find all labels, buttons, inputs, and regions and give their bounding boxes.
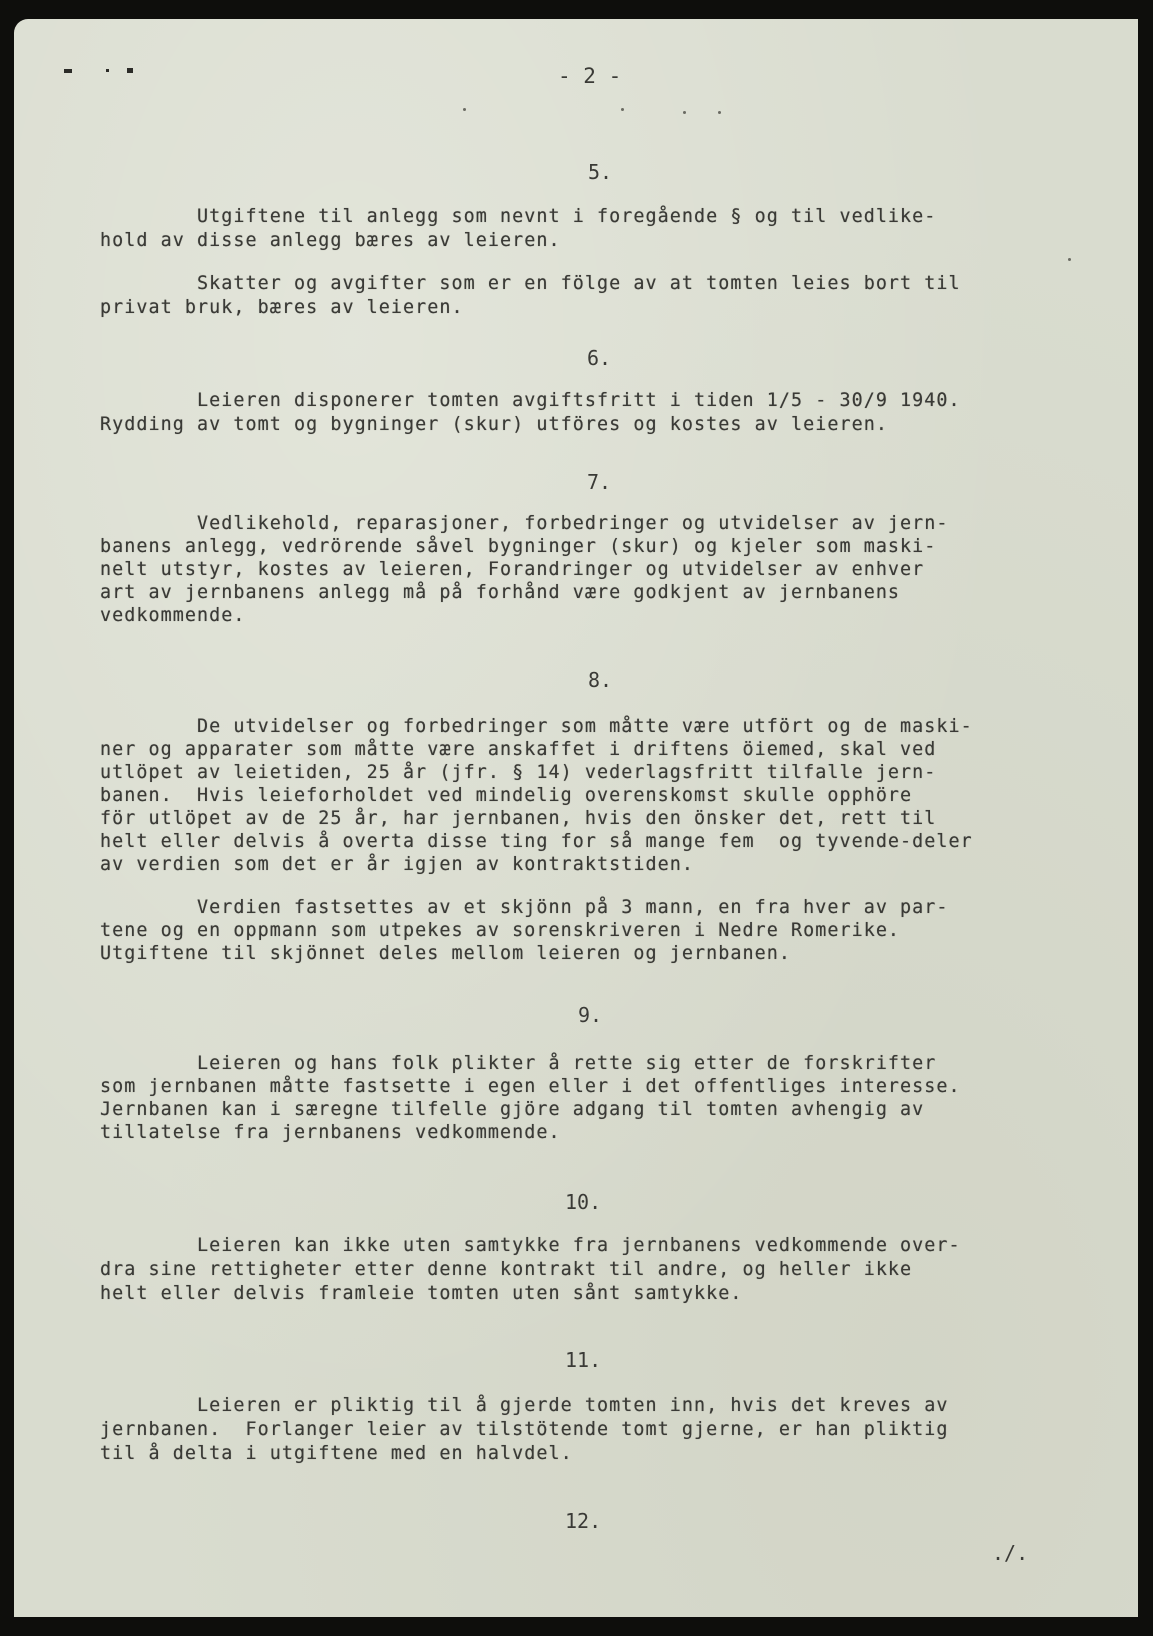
paragraph-line: Vedlikehold, reparasjoner, forbedringer …: [100, 512, 949, 536]
page-number: - 2 -: [558, 64, 621, 88]
paragraph-line: Leieren er pliktig til å gjerde tomten i…: [100, 1394, 949, 1418]
paragraph-line: av verdien som det er år igjen av kontra…: [100, 853, 694, 877]
paragraph-line: utlöpet av leietiden, 25 år (jfr. § 14) …: [100, 761, 936, 785]
paragraph-line: Skatter og avgifter som er en fölge av a…: [100, 272, 961, 296]
paragraph-line: ner og apparater som måtte være anskaffe…: [100, 738, 936, 762]
paragraph-line: Leieren og hans folk plikter å rette sig…: [100, 1052, 936, 1076]
paragraph-line: för utlöpet av de 25 år, har jernbanen, …: [100, 807, 936, 831]
paragraph-line: De utvidelser og forbedringer som måtte …: [100, 715, 973, 739]
section-number: 9.: [578, 1003, 602, 1027]
section-number: 7.: [587, 470, 611, 494]
continuation-mark: ./.: [992, 1541, 1028, 1565]
paragraph-line: banens anlegg, vedrörende såvel bygninge…: [100, 535, 936, 559]
corner-mark: [64, 69, 72, 73]
paragraph-line: art av jernbanens anlegg må på forhånd v…: [100, 581, 900, 605]
paragraph-line: nelt utstyr, kostes av leieren, Forandri…: [100, 558, 924, 582]
paragraph-line: Jernbanen kan i særegne tilfelle gjöre a…: [100, 1098, 924, 1122]
paper-speck: [718, 111, 721, 114]
paper-speck: [463, 108, 466, 111]
paragraph-line: Leieren disponerer tomten avgiftsfritt i…: [100, 389, 961, 413]
paragraph-line: hold av disse anlegg bæres av leieren.: [100, 229, 561, 253]
paper-speck: [1068, 258, 1071, 261]
corner-mark: [106, 69, 109, 72]
paragraph-line: tene og en oppmann som utpekes av sorens…: [100, 919, 900, 943]
paragraph-line: Verdien fastsettes av et skjönn på 3 man…: [100, 896, 949, 920]
paragraph-line: Utgiftene til skjönnet deles mellom leie…: [100, 942, 791, 966]
section-number: 6.: [587, 346, 611, 370]
paragraph-line: privat bruk, bæres av leieren.: [100, 296, 464, 320]
paragraph-line: helt eller delvis framleie tomten uten s…: [100, 1282, 742, 1306]
paragraph-line: som jernbanen måtte fastsette i egen ell…: [100, 1075, 961, 1099]
section-number: 8.: [588, 668, 612, 692]
paragraph-line: til å delta i utgiftene med en halvdel.: [100, 1442, 573, 1466]
paper-speck: [621, 108, 624, 111]
section-number: 12.: [565, 1509, 601, 1533]
section-number: 5.: [588, 160, 612, 184]
paragraph-line: jernbanen. Forlanger leier av tilstötend…: [100, 1418, 949, 1442]
paragraph-line: vedkommende.: [100, 604, 245, 628]
paragraph-line: tillatelse fra jernbanens vedkommende.: [100, 1121, 561, 1145]
paper-speck: [683, 111, 686, 114]
paragraph-line: Utgiftene til anlegg som nevnt i foregåe…: [100, 205, 936, 229]
paragraph-line: dra sine rettigheter etter denne kontrak…: [100, 1258, 912, 1282]
paragraph-line: Rydding av tomt og bygninger (skur) utfö…: [100, 413, 888, 437]
section-number: 11.: [565, 1348, 601, 1372]
paragraph-line: banen. Hvis leieforholdet ved mindelig o…: [100, 784, 912, 808]
paragraph-line: Leieren kan ikke uten samtykke fra jernb…: [100, 1234, 961, 1258]
paragraph-line: helt eller delvis å overta disse ting fo…: [100, 830, 973, 854]
corner-mark: [127, 68, 133, 73]
section-number: 10.: [565, 1190, 601, 1214]
